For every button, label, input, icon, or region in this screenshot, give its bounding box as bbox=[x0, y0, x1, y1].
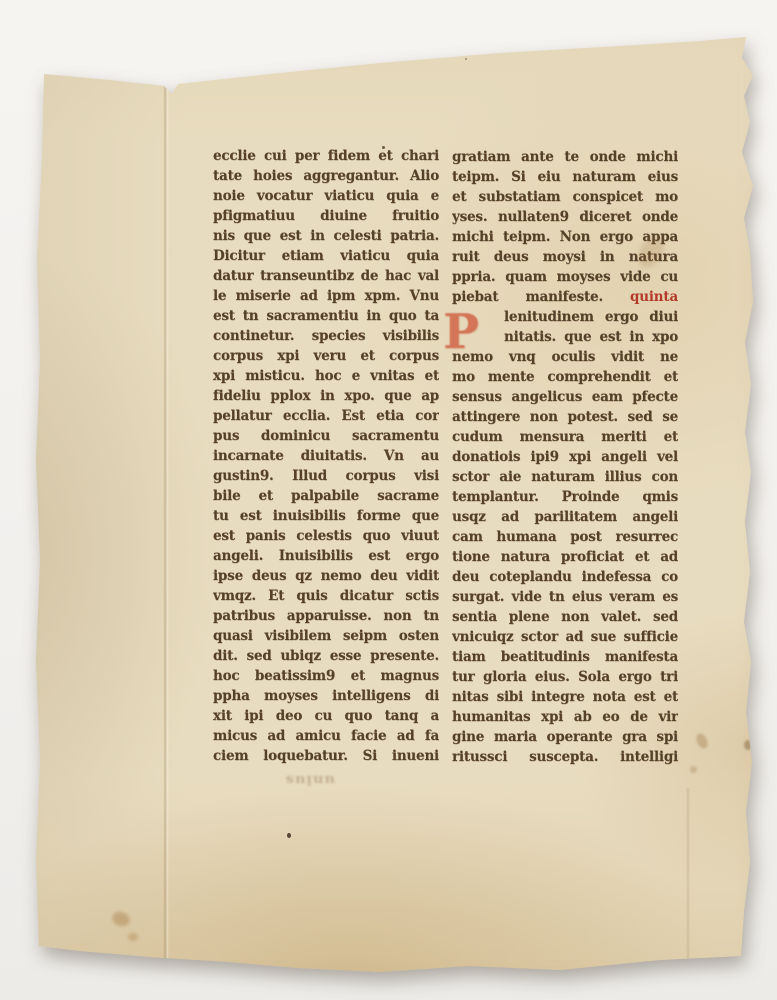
text-line: ppha moyses intelligens di bbox=[213, 686, 439, 706]
text-line: corpus xpi veru et corpus bbox=[213, 346, 439, 366]
text-line: ruit deus moysi in natura bbox=[452, 247, 678, 267]
text-column-left: ecclie cui per fidem et charitate hoies … bbox=[213, 146, 439, 766]
text-line: tate hoies aggregantur. Alio bbox=[213, 166, 439, 186]
text-line: le miserie ad ipm xpm. Vnu bbox=[213, 286, 439, 306]
text-line: usqz ad parilitatem angeli bbox=[452, 507, 678, 527]
text-line: surgat. vide tn eius veram es bbox=[452, 587, 678, 607]
fold-crease-right bbox=[686, 788, 690, 960]
text-line: deu coteplandu indefessa co bbox=[452, 567, 678, 587]
text-line: est tn sacramentiu in quo ta bbox=[213, 306, 439, 326]
text-line: vmqz. Et quis dicatur sctis bbox=[213, 586, 439, 606]
text-line: mo mente comprehendit et bbox=[452, 367, 678, 387]
text-segment: lenitudinem ergo diui bbox=[504, 309, 678, 325]
text-line: quasi visibilem seipm osten bbox=[213, 626, 439, 646]
text-line: yses. nullaten9 diceret onde bbox=[452, 207, 678, 227]
running-header-left: quinta bbox=[284, 46, 345, 66]
text-line: dit. sed ubiqz esse presente. bbox=[213, 646, 439, 666]
text-line: nitas sibi integre nota est et bbox=[452, 687, 678, 707]
text-line: angeli. Inuisibilis est ergo bbox=[213, 546, 439, 566]
text-line: datur transeuntibz de hac val bbox=[213, 266, 439, 286]
text-line: pus dominicu sacramentu bbox=[213, 426, 439, 446]
text-line: est panis celestis quo viuut bbox=[213, 526, 439, 546]
text-segment: nitatis. que est in xpo bbox=[504, 329, 678, 345]
text-line: teipm. Si eiu naturam eius bbox=[452, 167, 678, 187]
fold-crease bbox=[163, 76, 169, 958]
stain bbox=[744, 740, 752, 750]
text-segment: piebat manifeste. bbox=[452, 289, 630, 305]
text-line: pfigmatiuu diuine fruitio bbox=[213, 206, 439, 226]
ink-speck bbox=[287, 833, 291, 838]
text-line: gine maria operante gra spi bbox=[452, 727, 678, 747]
text-line: vnicuiqz sctor ad sue sufficie bbox=[452, 627, 678, 647]
text-line: cudum mensura meriti et bbox=[452, 427, 678, 447]
text-line: attingere non potest. sed se bbox=[452, 407, 678, 427]
text-line: incarnate diuitatis. Vn au bbox=[213, 446, 439, 466]
text-line: xpi misticu. hoc e vnitas et bbox=[213, 366, 439, 386]
text-line: ciem loquebatur. Si inueni bbox=[213, 746, 439, 766]
text-line: ppria. quam moyses vide cu bbox=[452, 267, 678, 287]
rubric-word: quinta bbox=[630, 289, 678, 305]
text-line: humanitas xpi ab eo de vir bbox=[452, 707, 678, 727]
text-line: Dicitur etiam viaticu quia bbox=[213, 246, 439, 266]
text-line: nis que est in celesti patria. bbox=[213, 226, 439, 246]
text-line: templantur. Proinde qmis bbox=[452, 487, 678, 507]
show-through-text: unius bbox=[285, 772, 335, 787]
text-line: tiam beatitudinis manifesta bbox=[452, 647, 678, 667]
text-column-right: P gratiam ante te onde michiteipm. Si ei… bbox=[452, 147, 678, 767]
running-header-right: feria bbox=[473, 36, 518, 55]
parchment-leaf-wrapper: quinta feria ecclie cui per fidem et cha… bbox=[0, 0, 777, 1000]
text-line: fideliu pplox in xpo. que ap bbox=[213, 386, 439, 406]
text-line: gratiam ante te onde michi bbox=[452, 147, 678, 167]
text-line: nemo vnq oculis vidit ne bbox=[452, 347, 678, 367]
text-line: et substatiam conspicet mo bbox=[452, 187, 678, 207]
text-line: xit ipi deo cu quo tanq a bbox=[213, 706, 439, 726]
text-line: tione natura proficiat et ad bbox=[452, 547, 678, 567]
text-line: tu est inuisibilis forme que bbox=[213, 506, 439, 526]
text-line: patribus apparuisse. non tn bbox=[213, 606, 439, 626]
text-line: gustin9. Illud corpus visi bbox=[213, 466, 439, 486]
text-line: nitatis. que est in xpo bbox=[452, 327, 678, 347]
text-line: sentia plene non valet. sed bbox=[452, 607, 678, 627]
text-line: lenitudinem ergo diui bbox=[452, 307, 678, 327]
text-line: sensus angelicus eam pfecte bbox=[452, 387, 678, 407]
text-line: pellatur ecclia. Est etia cor bbox=[213, 406, 439, 426]
text-line: sctor aie naturam illius con bbox=[452, 467, 678, 487]
text-line: donatiois ipi9 xpi angeli vel bbox=[452, 447, 678, 467]
stain bbox=[110, 909, 132, 928]
text-line: ecclie cui per fidem et chari bbox=[213, 146, 439, 166]
text-line: micus ad amicu facie ad fa bbox=[213, 726, 439, 746]
parchment-leaf: quinta feria ecclie cui per fidem et cha… bbox=[0, 0, 777, 1000]
stain bbox=[690, 766, 697, 773]
text-line: ipse deus qz nemo deu vidit bbox=[213, 566, 439, 586]
manuscript-photo: quinta feria ecclie cui per fidem et cha… bbox=[0, 0, 777, 1000]
rubricated-initial: P bbox=[443, 309, 479, 355]
text-line: tur gloria eius. Sola ergo tri bbox=[452, 667, 678, 687]
text-line: michi teipm. Non ergo appa bbox=[452, 227, 678, 247]
text-line: hoc beatissim9 et magnus bbox=[213, 666, 439, 686]
stain bbox=[694, 732, 710, 751]
text-line: cam humana post resurrec bbox=[452, 527, 678, 547]
text-line: continetur. species visibilis bbox=[213, 326, 439, 346]
text-line: noie vocatur viaticu quia e bbox=[213, 186, 439, 206]
text-line: ritussci suscepta. intelligi bbox=[452, 747, 678, 767]
ink-speck bbox=[465, 58, 467, 60]
text-line: bile et palpabile sacrame bbox=[213, 486, 439, 506]
stain bbox=[128, 933, 138, 941]
text-line: piebat manifeste. quinta bbox=[452, 287, 678, 307]
